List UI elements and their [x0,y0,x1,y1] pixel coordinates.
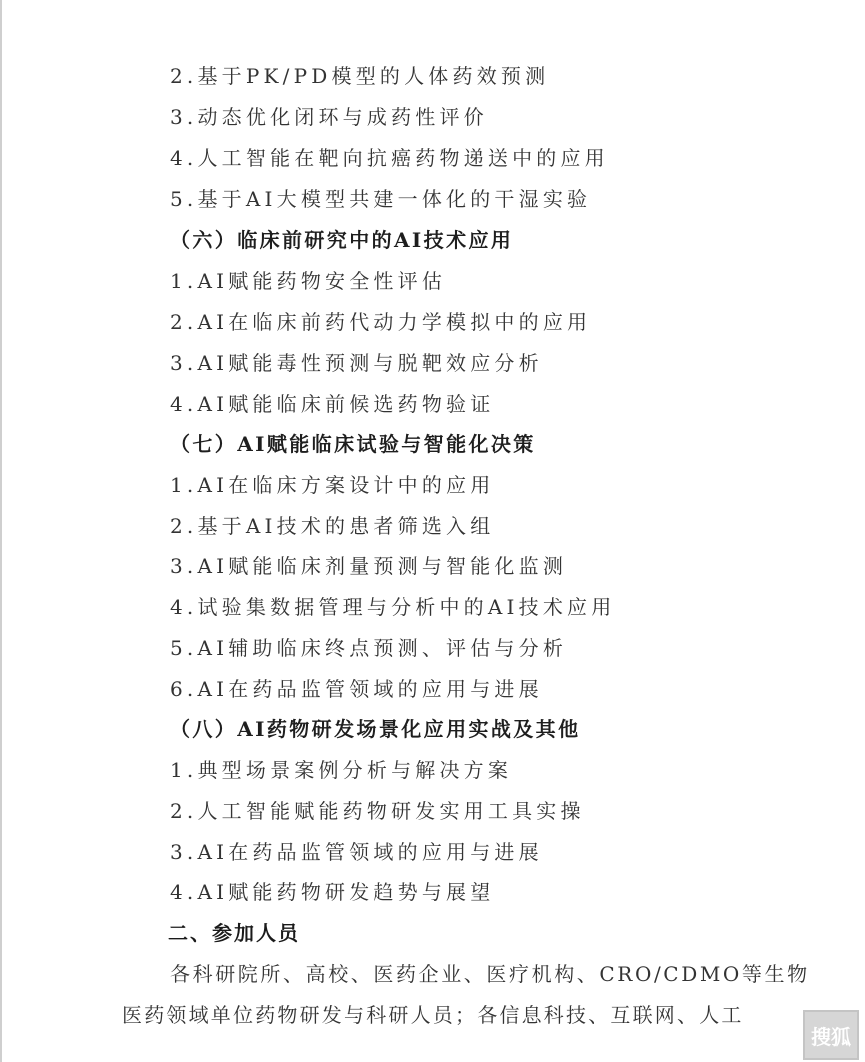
section-heading: 二、参加人员 [168,920,300,946]
page-left-border [0,0,2,1062]
list-item: 1.AI在临床方案设计中的应用 [170,472,494,498]
list-item: 4.AI赋能药物研发趋势与展望 [170,879,494,905]
list-item: 5.基于AI大模型共建一体化的干湿实验 [170,186,591,212]
list-item: 3.AI赋能临床剂量预测与智能化监测 [170,553,567,579]
list-item: 2.AI在临床前药代动力学模拟中的应用 [170,309,591,335]
paragraph-line: 医药领域单位药物研发与科研人员；各信息科技、互联网、人工 [122,1002,744,1028]
paragraph-line: 各科研院所、高校、医药企业、医疗机构、CRO/CDMO等生物 [170,961,810,987]
list-item: 3.AI在药品监管领域的应用与进展 [170,839,543,865]
subsection-heading: （七）AI赋能临床试验与智能化决策 [170,431,536,457]
list-item: 4.试验集数据管理与分析中的AI技术应用 [170,594,615,620]
list-item: 1.典型场景案例分析与解决方案 [170,757,512,783]
list-item: 4.人工智能在靶向抗癌药物递送中的应用 [170,145,609,171]
subsection-heading: （六）临床前研究中的AI技术应用 [170,227,513,253]
list-item: 3.动态优化闭环与成药性评价 [170,104,488,130]
list-item: 6.AI在药品监管领域的应用与进展 [170,676,543,702]
list-item: 2.人工智能赋能药物研发实用工具实操 [170,798,585,824]
list-item: 4.AI赋能临床前候选药物验证 [170,391,494,417]
watermark-logo: 搜狐 [803,1010,859,1060]
list-item: 5.AI辅助临床终点预测、评估与分析 [170,635,567,661]
list-item: 2.基于PK/PD模型的人体药效预测 [170,63,549,89]
subsection-heading: （八）AI药物研发场景化应用实战及其他 [170,716,580,742]
list-item: 3.AI赋能毒性预测与脱靶效应分析 [170,350,543,376]
list-item: 1.AI赋能药物安全性评估 [170,268,446,294]
list-item: 2.基于AI技术的患者筛选入组 [170,513,494,539]
